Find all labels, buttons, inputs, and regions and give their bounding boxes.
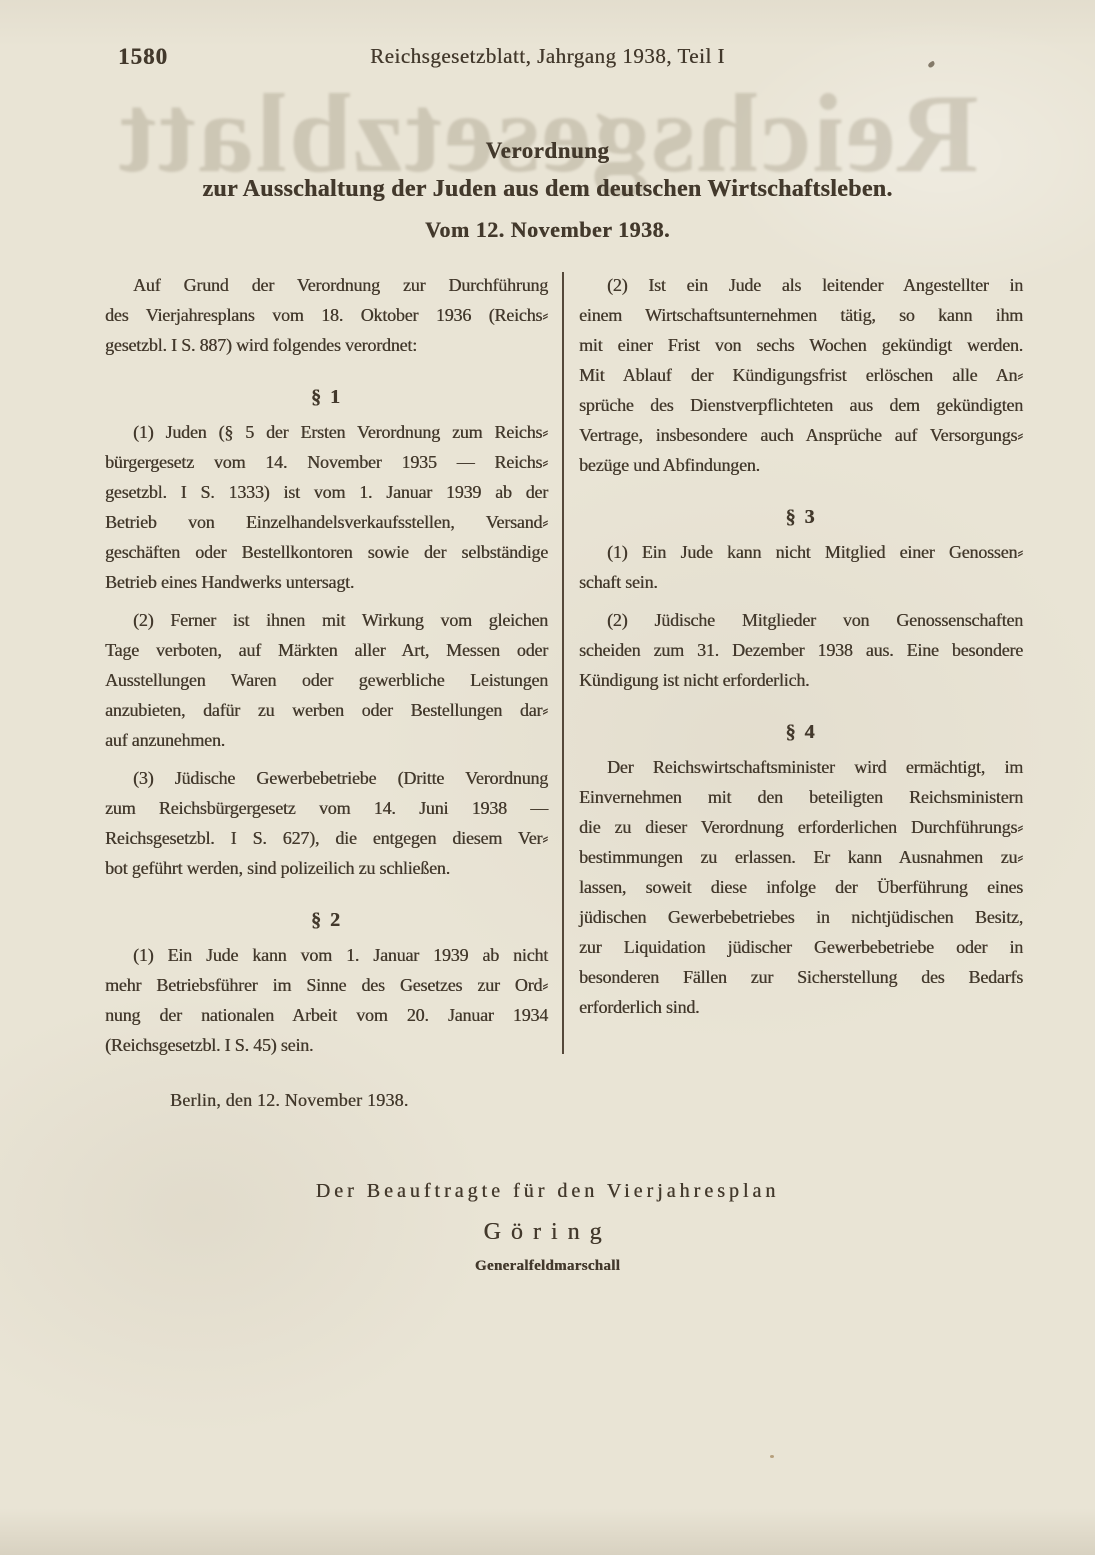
dateline: Berlin, den 12. November 1938.	[170, 1090, 408, 1111]
section-heading: § 2	[105, 909, 548, 932]
paragraph-line: Mit Ablauf der Kündigungsfrist erlöschen…	[579, 360, 1023, 390]
paragraph: (1) Ein Jude kann nicht Mitglied einer G…	[579, 537, 1023, 597]
paragraph-line: mit einer Frist von sechs Wochen gekündi…	[579, 330, 1023, 360]
paragraph-line: Reichsgesetzbl. I S. 627), die entgegen …	[105, 823, 548, 853]
paragraph: Auf Grund der Verordnung zur Durchführun…	[105, 270, 548, 360]
paragraph-line: mehr Betriebsführer im Sinne des Gesetze…	[105, 970, 548, 1000]
paragraph-line: Tage verboten, auf Märkten aller Art, Me…	[105, 635, 548, 665]
paragraph-line: (2) Jüdische Mitglieder von Genossenscha…	[579, 605, 1023, 635]
paragraph: (2) Ist ein Jude als leitender Angestell…	[579, 270, 1023, 480]
paragraph-line: besonderen Fällen zur Sicherstellung des…	[579, 962, 1023, 992]
paragraph-line: zum Reichsbürgergesetz vom 14. Juni 1938…	[105, 793, 548, 823]
paragraph-line: bot geführt werden, sind polizeilich zu …	[105, 853, 548, 883]
paragraph-line: bestimmungen zu erlassen. Er kann Ausnah…	[579, 842, 1023, 872]
section-heading: § 1	[105, 386, 548, 409]
decree-subtitle: zur Ausschaltung der Juden aus dem deuts…	[0, 176, 1095, 203]
paragraph-line: bezüge und Abfindungen.	[579, 450, 1023, 480]
section-heading: § 3	[579, 506, 1023, 529]
paragraph-line: Auf Grund der Verordnung zur Durchführun…	[105, 270, 548, 300]
paragraph-line: geschäften oder Bestellkontoren sowie de…	[105, 537, 548, 567]
paragraph-line: des Vierjahresplans vom 18. Oktober 1936…	[105, 300, 548, 330]
paragraph-line: gesetzbl. I S. 1333) ist vom 1. Januar 1…	[105, 477, 548, 507]
paragraph-line: Kündigung ist nicht erforderlich.	[579, 665, 1023, 695]
paragraph-line: jüdischen Gewerbebetriebes in nichtjüdis…	[579, 902, 1023, 932]
paragraph-line: (1) Juden (§ 5 der Ersten Verordnung zum…	[105, 417, 548, 447]
decree-title: Verordnung	[0, 138, 1095, 164]
left-column: Auf Grund der Verordnung zur Durchführun…	[105, 270, 548, 1068]
paragraph-line: nung der nationalen Arbeit vom 20. Janua…	[105, 1000, 548, 1030]
signature-name: Göring	[0, 1219, 1095, 1246]
paragraph-line: schaft sein.	[579, 567, 1023, 597]
column-divider	[562, 272, 564, 1054]
paragraph-line: Vertrage, insbesondere auch Ansprüche au…	[579, 420, 1023, 450]
text-columns: Auf Grund der Verordnung zur Durchführun…	[105, 270, 1023, 1068]
paragraph: Der Reichswirtschaftsminister wird ermäc…	[579, 752, 1023, 1022]
paragraph-line: einem Wirtschaftsunternehmen tätig, so k…	[579, 300, 1023, 330]
paragraph-line: scheiden zum 31. Dezember 1938 aus. Eine…	[579, 635, 1023, 665]
paragraph-line: erforderlich sind.	[579, 992, 1023, 1022]
decree-date-line: Vom 12. November 1938.	[0, 217, 1095, 243]
paragraph-line: Betrieb von Einzelhandelsverkaufsstellen…	[105, 507, 548, 537]
signature-block: Der Beauftragte für den Vierjahresplan G…	[0, 1180, 1095, 1275]
paragraph-line: Der Reichswirtschaftsminister wird ermäc…	[579, 752, 1023, 782]
paragraph-line: gesetzbl. I S. 887) wird folgendes veror…	[105, 330, 548, 360]
signature-title: Der Beauftragte für den Vierjahresplan	[0, 1180, 1095, 1203]
paragraph-line: Ausstellungen Waren oder gewerbliche Lei…	[105, 665, 548, 695]
paragraph-line: (Reichsgesetzbl. I S. 45) sein.	[105, 1030, 548, 1060]
paragraph-line: zur Liquidation jüdischer Gewerbebetrieb…	[579, 932, 1023, 962]
paragraph-line: anzubieten, dafür zu werben oder Bestell…	[105, 695, 548, 725]
page-number: 1580	[118, 44, 168, 70]
paragraph-line: (2) Ist ein Jude als leitender Angestell…	[579, 270, 1023, 300]
paragraph: (2) Jüdische Mitglieder von Genossenscha…	[579, 605, 1023, 695]
paragraph-line: Einvernehmen mit den beteiligten Reichsm…	[579, 782, 1023, 812]
paragraph-line: Betrieb eines Handwerks untersagt.	[105, 567, 548, 597]
paragraph-line: (2) Ferner ist ihnen mit Wirkung vom gle…	[105, 605, 548, 635]
paragraph: (3) Jüdische Gewerbebetriebe (Dritte Ver…	[105, 763, 548, 883]
paragraph-line: sprüche des Dienstverpflichteten aus dem…	[579, 390, 1023, 420]
section-heading: § 4	[579, 721, 1023, 744]
paragraph-line: bürgergesetz vom 14. November 1935 — Rei…	[105, 447, 548, 477]
paragraph: (2) Ferner ist ihnen mit Wirkung vom gle…	[105, 605, 548, 755]
paper-speck-2	[770, 1455, 774, 1458]
paragraph: (1) Ein Jude kann vom 1. Januar 1939 ab …	[105, 940, 548, 1060]
decree-title-block: Verordnung zur Ausschaltung der Juden au…	[0, 138, 1095, 243]
paragraph-line: lassen, soweit diese infolge der Überfüh…	[579, 872, 1023, 902]
paragraph-line: auf anzunehmen.	[105, 725, 548, 755]
paragraph-line: (1) Ein Jude kann vom 1. Januar 1939 ab …	[105, 940, 548, 970]
paragraph-line: (3) Jüdische Gewerbebetriebe (Dritte Ver…	[105, 763, 548, 793]
paragraph: (1) Juden (§ 5 der Ersten Verordnung zum…	[105, 417, 548, 597]
signature-role: Generalfeldmarschall	[0, 1258, 1095, 1275]
paragraph-line: die zu dieser Verordnung erforderlichen …	[579, 812, 1023, 842]
paragraph-line: (1) Ein Jude kann nicht Mitglied einer G…	[579, 537, 1023, 567]
right-column: (2) Ist ein Jude als leitender Angestell…	[579, 270, 1023, 1068]
